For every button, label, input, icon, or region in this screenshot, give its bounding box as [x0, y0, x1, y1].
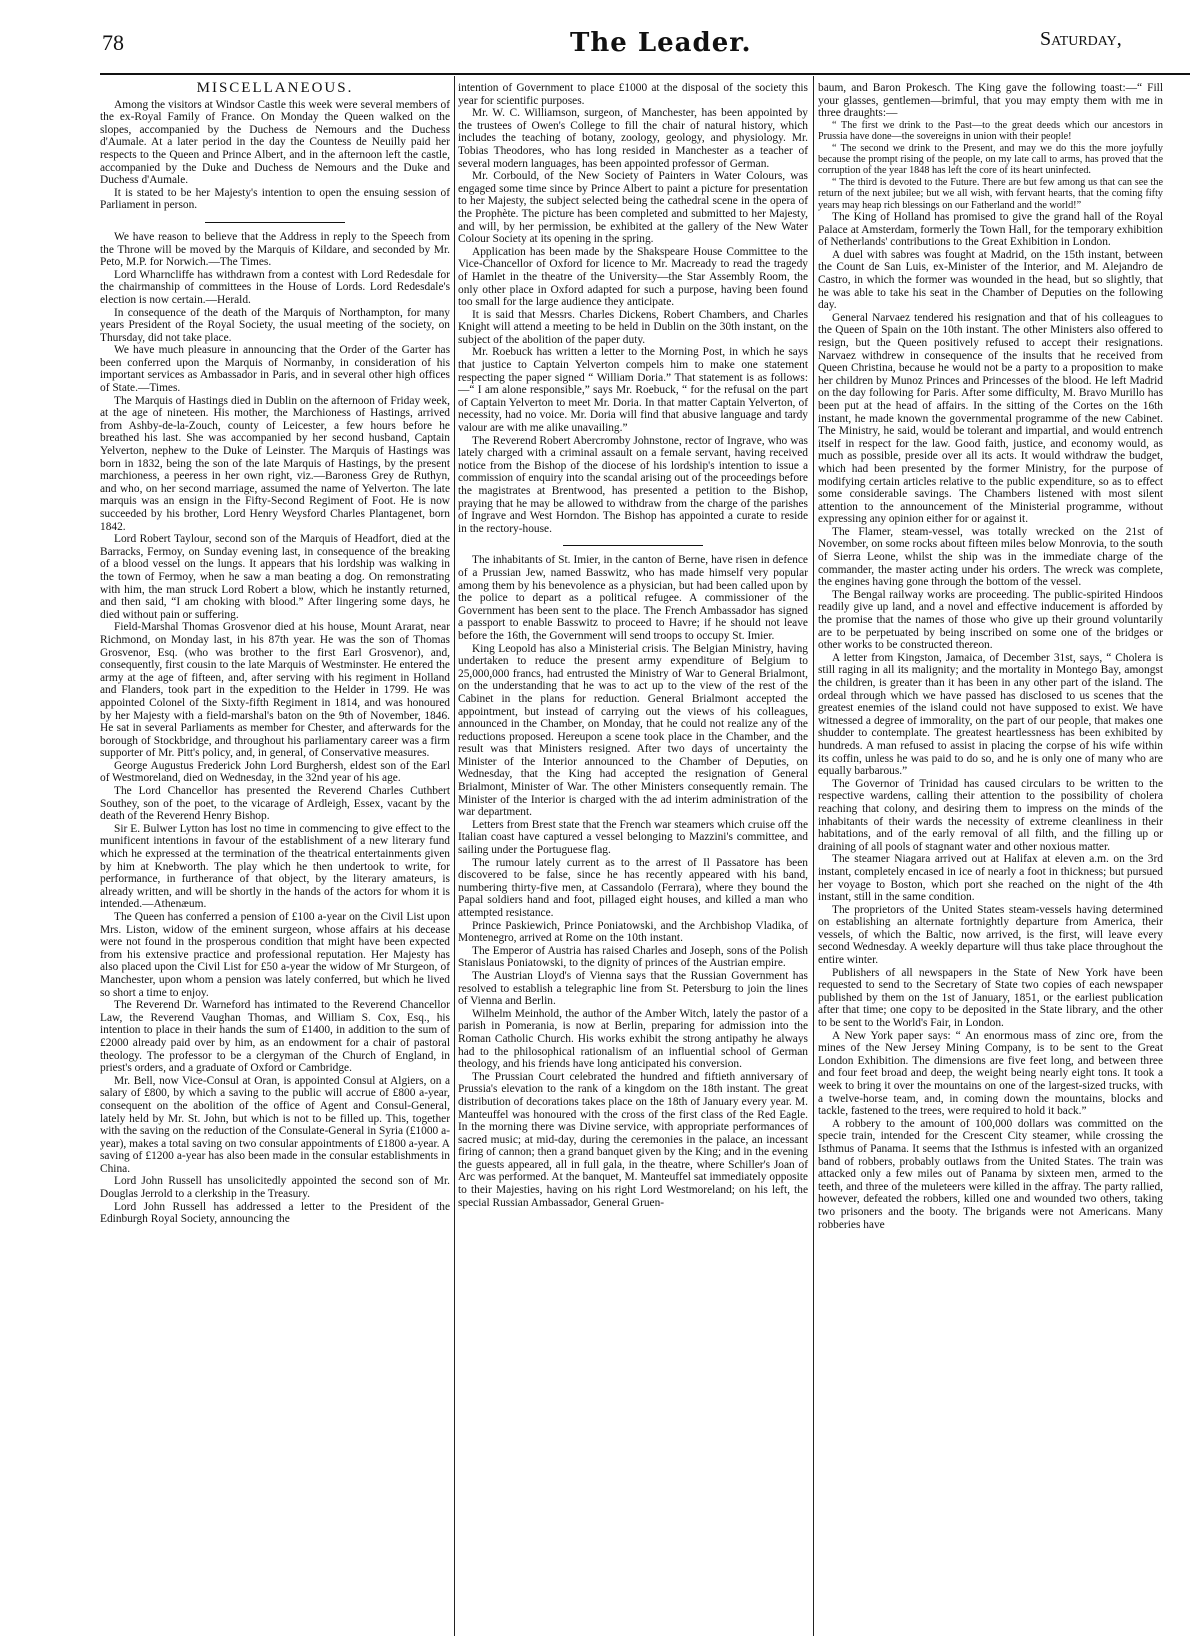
- toast-paragraph: “ The third is devoted to the Future. Th…: [818, 177, 1163, 211]
- article-paragraph: Lord John Russell has unsolicitedly appo…: [100, 1175, 450, 1200]
- article-paragraph: Prince Paskiewich, Prince Poniatowski, a…: [458, 920, 808, 945]
- article-paragraph: Lord Wharncliffe has withdrawn from a co…: [100, 269, 450, 307]
- article-paragraph: intention of Government to place £1000 a…: [458, 82, 808, 107]
- article-paragraph: The Queen has conferred a pension of £10…: [100, 911, 450, 999]
- article-paragraph: The Reverend Robert Abercromby Johnstone…: [458, 435, 808, 536]
- article-paragraph: The Reverend Dr. Warneford has intimated…: [100, 999, 450, 1075]
- article-paragraph: In consequence of the death of the Marqu…: [100, 307, 450, 345]
- article-paragraph: A New York paper says: “ An enormous mas…: [818, 1030, 1163, 1118]
- column-3: baum, and Baron Prokesch. The King gave …: [818, 82, 1163, 1231]
- header-rule: [100, 73, 1190, 75]
- column-divider: [813, 76, 814, 1636]
- article-paragraph: Field-Marshal Thomas Grosvenor died at h…: [100, 621, 450, 760]
- article-paragraph: The King of Holland has promised to give…: [818, 211, 1163, 249]
- toast-paragraph: “ The second we drink to the Present, an…: [818, 143, 1163, 177]
- article-paragraph: Mr. Roebuck has written a letter to the …: [458, 346, 808, 434]
- article-paragraph: A robbery to the amount of 100,000 dolla…: [818, 1118, 1163, 1231]
- article-paragraph: The Lord Chancellor has presented the Re…: [100, 785, 450, 823]
- page-number: 78: [102, 30, 124, 56]
- article-paragraph: Lord John Russell has addressed a letter…: [100, 1201, 450, 1226]
- article-paragraph: The Governor of Trinidad has caused circ…: [818, 778, 1163, 854]
- article-paragraph: Mr. W. C. Williamson, surgeon, of Manche…: [458, 107, 808, 170]
- article-paragraph: The Emperor of Austria has raised Charle…: [458, 945, 808, 970]
- article-paragraph: Application has been made by the Shakspe…: [458, 246, 808, 309]
- issue-day: Saturday,: [1040, 28, 1122, 51]
- article-paragraph: We have much pleasure in announcing that…: [100, 344, 450, 394]
- article-paragraph: General Narvaez tendered his resignation…: [818, 312, 1163, 526]
- article-paragraph: baum, and Baron Prokesch. The King gave …: [818, 82, 1163, 120]
- article-paragraph: The Marquis of Hastings died in Dublin o…: [100, 395, 450, 534]
- toast-paragraph: “ The first we drink to the Past—to the …: [818, 120, 1163, 143]
- masthead: 78 The Leader. Saturday,: [100, 28, 1190, 62]
- article-paragraph: Lord Robert Taylour, second son of the M…: [100, 533, 450, 621]
- article-paragraph: Sir E. Bulwer Lytton has lost no time in…: [100, 823, 450, 911]
- article-paragraph: Letters from Brest state that the French…: [458, 819, 808, 857]
- toast-quote: “ The first we drink to the Past—to the …: [818, 120, 1163, 211]
- article-paragraph: Publishers of all newspapers in the Stat…: [818, 967, 1163, 1030]
- article-paragraph: King Leopold has also a Ministerial cris…: [458, 643, 808, 819]
- article-paragraph: George Augustus Frederick John Lord Burg…: [100, 760, 450, 785]
- article-paragraph: The proprietors of the United States ste…: [818, 904, 1163, 967]
- section-title: MISCELLANEOUS.: [100, 82, 450, 95]
- article-paragraph: The Prussian Court celebrated the hundre…: [458, 1071, 808, 1210]
- article-paragraph: The Austrian Lloyd's of Vienna says that…: [458, 970, 808, 1008]
- section-separator: [563, 545, 703, 546]
- column-2: intention of Government to place £1000 a…: [458, 82, 808, 1209]
- article-paragraph: The rumour lately current as to the arre…: [458, 857, 808, 920]
- newspaper-title: The Leader.: [570, 28, 752, 58]
- article-paragraph: The inhabitants of St. Imier, in the can…: [458, 554, 808, 642]
- article-paragraph: Mr. Bell, now Vice-Consul at Oran, is ap…: [100, 1075, 450, 1176]
- article-paragraph: A letter from Kingston, Jamaica, of Dece…: [818, 652, 1163, 778]
- article-paragraph: It is said that Messrs. Charles Dickens,…: [458, 309, 808, 347]
- article-paragraph: A duel with sabres was fought at Madrid,…: [818, 249, 1163, 312]
- column-divider: [454, 76, 455, 1636]
- article-paragraph: We have reason to believe that the Addre…: [100, 231, 450, 269]
- article-paragraph: The steamer Niagara arrived out at Halif…: [818, 853, 1163, 903]
- column-1: MISCELLANEOUS. Among the visitors at Win…: [100, 82, 450, 1226]
- article-paragraph: Mr. Corbould, of the New Society of Pain…: [458, 170, 808, 246]
- article-paragraph: It is stated to be her Majesty's intenti…: [100, 187, 450, 212]
- article-paragraph: The Bengal railway works are proceeding.…: [818, 589, 1163, 652]
- article-paragraph: Among the visitors at Windsor Castle thi…: [100, 99, 450, 187]
- section-separator: [205, 222, 345, 223]
- article-paragraph: Wilhelm Meinhold, the author of the Ambe…: [458, 1008, 808, 1071]
- article-paragraph: The Flamer, steam-vessel, was totally wr…: [818, 526, 1163, 589]
